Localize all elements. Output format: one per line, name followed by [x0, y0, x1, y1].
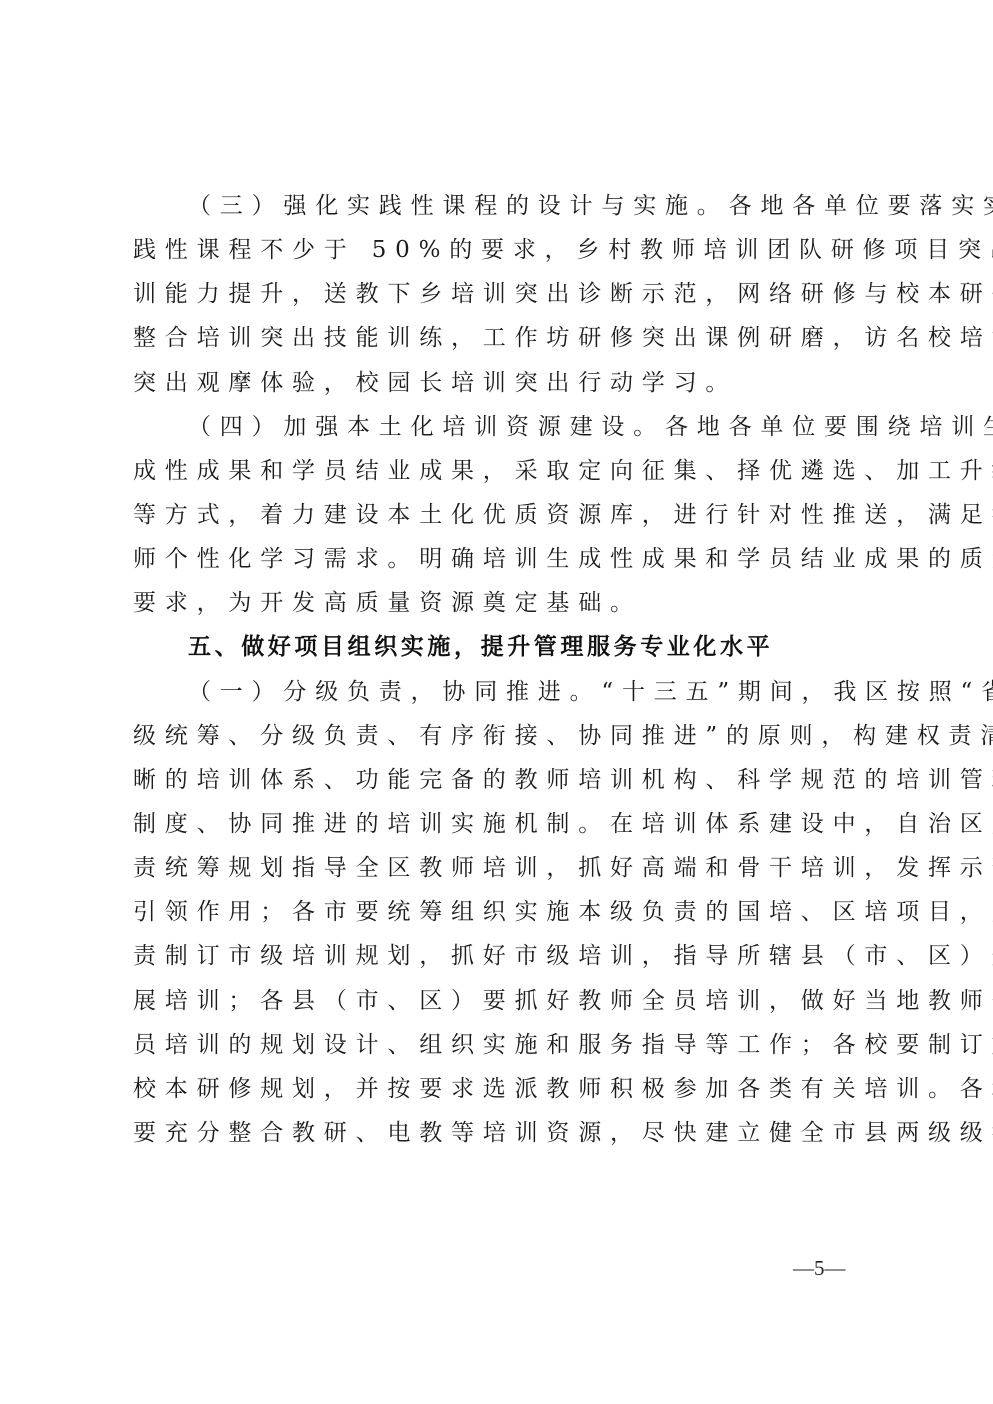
paragraph-line: 级统筹、分级负责、有序衔接、协同推进”的原则，构建权责清	[133, 714, 873, 758]
paragraph-line: 责制订市级培训规划，抓好市级培训，指导所辖县（市、区）开	[133, 934, 873, 978]
paragraph-line: 展培训；各县（市、区）要抓好教师全员培训，做好当地教师全	[133, 979, 873, 1023]
paragraph-line: 责统筹规划指导全区教师培训，抓好高端和骨干培训，发挥示范	[133, 846, 873, 890]
paragraph-line: 员培训的规划设计、组织实施和服务指导等工作；各校要制订好	[133, 1023, 873, 1067]
section-heading: 五、做好项目组织实施，提升管理服务专业化水平	[133, 625, 873, 669]
paragraph-line: 等方式，着力建设本土化优质资源库，进行针对性推送，满足教	[133, 493, 873, 537]
paragraph-line: 校本研修规划，并按要求选派教师积极参加各类有关培训。各地	[133, 1067, 873, 1111]
paragraph-line: 引领作用；各市要统筹组织实施本级负责的国培、区培项目，负	[133, 890, 873, 934]
paragraph-line: 践性课程不少于 50%的要求，乡村教师培训团队研修项目突出培	[133, 228, 873, 272]
paragraph-line: 晰的培训体系、功能完备的教师培训机构、科学规范的培训管理	[133, 758, 873, 802]
paragraph-line: 突出观摩体验，校园长培训突出行动学习。	[133, 361, 873, 405]
paragraph-line: 成性成果和学员结业成果，采取定向征集、择优遴选、加工升级	[133, 449, 873, 493]
paragraph-line: 师个性化学习需求。明确培训生成性成果和学员结业成果的质量	[133, 537, 873, 581]
page-number: —5—	[793, 1256, 846, 1281]
paragraph-line: （四）加强本土化培训资源建设。各地各单位要围绕培训生	[133, 405, 873, 449]
paragraph-line: 要求，为开发高质量资源奠定基础。	[133, 581, 873, 625]
paragraph-line: 要充分整合教研、电教等培训资源，尽快建立健全市县两级级教	[133, 1111, 873, 1155]
paragraph-line: （一）分级负责，协同推进。“十三五”期间，我区按照“省	[133, 670, 873, 714]
paragraph-line: 制度、协同推进的培训实施机制。在培训体系建设中，自治区负	[133, 802, 873, 846]
paragraph-line: （三）强化实践性课程的设计与实施。各地各单位要落实实	[133, 184, 873, 228]
document-body: （三）强化实践性课程的设计与实施。各地各单位要落实实 践性课程不少于 50%的要…	[133, 184, 873, 1155]
paragraph-line: 训能力提升，送教下乡培训突出诊断示范，网络研修与校本研修	[133, 272, 873, 316]
document-page: （三）强化实践性课程的设计与实施。各地各单位要落实实 践性课程不少于 50%的要…	[0, 0, 993, 1404]
paragraph-line: 整合培训突出技能训练，工作坊研修突出课例研磨，访名校培训	[133, 316, 873, 360]
